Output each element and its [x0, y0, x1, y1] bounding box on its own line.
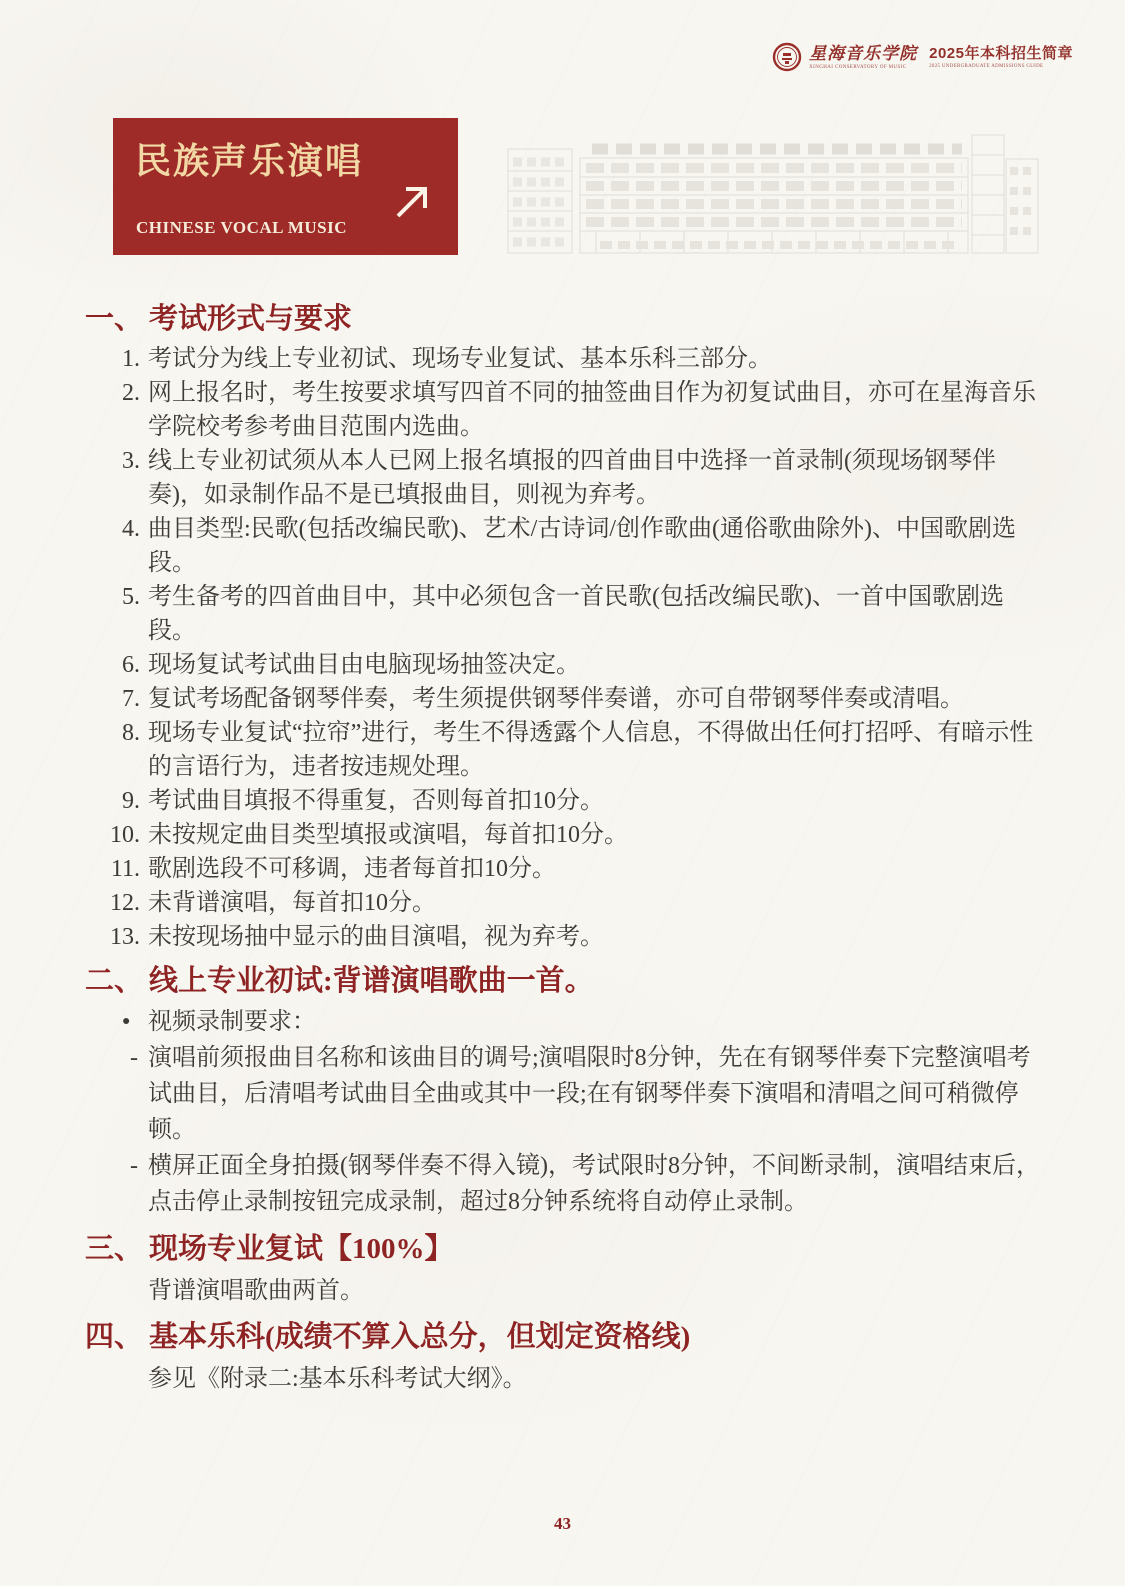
section-1-title: 考试形式与要求: [149, 298, 1043, 340]
list-item: 8.现场专业复试“拉帘”进行，考生不得透露个人信息，不得做出任何打招呼、有暗示性…: [85, 716, 1043, 784]
school-name-en: XINGHAI CONSERVATORY OF MUSIC: [809, 65, 917, 70]
building-sketch: [500, 131, 1045, 261]
list-item: 12.未背谱演唱，每首扣10分。: [85, 886, 1043, 920]
dash-marker: -: [130, 1040, 148, 1148]
item-number: 8.: [85, 716, 148, 784]
item-number: 1.: [85, 342, 148, 376]
brochure-title: 2025年本科招生简章: [929, 46, 1073, 61]
item-text: 未按现场抽中显示的曲目演唱，视为弃考。: [148, 920, 1043, 954]
section-2-title: 线上专业初试:背谱演唱歌曲一首。: [149, 960, 1043, 1002]
school-name-block: 星海音乐学院 XINGHAI CONSERVATORY OF MUSIC: [809, 45, 917, 70]
section-1-list: 1.考试分为线上专业初试、现场专业复试、基本乐科三部分。 2.网上报名时，考生按…: [85, 342, 1043, 954]
item-number: 6.: [85, 648, 148, 682]
item-number: 12.: [85, 886, 148, 920]
list-item: 13.未按现场抽中显示的曲目演唱，视为弃考。: [85, 920, 1043, 954]
dash-item: - 演唱前须报曲目名称和该曲目的调号;演唱限时8分钟，先在有钢琴伴奏下完整演唱考…: [85, 1040, 1043, 1148]
section-1-heading: 一、 考试形式与要求: [85, 298, 1043, 340]
item-text: 考试分为线上专业初试、现场专业复试、基本乐科三部分。: [148, 342, 1043, 376]
major-banner: 民族声乐演唱 CHINESE VOCAL MUSIC: [113, 118, 458, 255]
school-name: 星海音乐学院: [809, 45, 917, 62]
list-item: 10.未按规定曲目类型填报或演唱，每首扣10分。: [85, 818, 1043, 852]
list-item: 3.线上专业初试须从本人已网上报名填报的四首曲目中选择一首录制(须现场钢琴伴奏)…: [85, 444, 1043, 512]
item-text: 未按规定曲目类型填报或演唱，每首扣10分。: [148, 818, 1043, 852]
section-4-heading: 四、 基本乐科(成绩不算入总分，但划定资格线): [85, 1316, 1043, 1358]
arrow-up-right-icon: [392, 182, 432, 222]
page-number: 43: [0, 1514, 1125, 1534]
dash-text: 演唱前须报曲目名称和该曲目的调号;演唱限时8分钟，先在有钢琴伴奏下完整演唱考试曲…: [148, 1040, 1043, 1148]
section-2-heading: 二、 线上专业初试:背谱演唱歌曲一首。: [85, 960, 1043, 1002]
page-header: 星海音乐学院 XINGHAI CONSERVATORY OF MUSIC 202…: [772, 42, 1073, 72]
section-3-title: 现场专业复试【100%】: [149, 1228, 1043, 1270]
item-text: 复试考场配备钢琴伴奏，考生须提供钢琴伴奏谱，亦可自带钢琴伴奏或清唱。: [148, 682, 1043, 716]
item-number: 11.: [85, 852, 148, 886]
list-item: 1.考试分为线上专业初试、现场专业复试、基本乐科三部分。: [85, 342, 1043, 376]
brochure-subtitle: 2025 UNDERGRADUATE ADMISSIONS GUIDE: [929, 64, 1073, 69]
brochure-page: 星海音乐学院 XINGHAI CONSERVATORY OF MUSIC 202…: [0, 0, 1125, 1586]
item-text: 未背谱演唱，每首扣10分。: [148, 886, 1043, 920]
dash-text: 横屏正面全身拍摄(钢琴伴奏不得入镜)，考试限时8分钟，不间断录制，演唱结束后，点…: [148, 1148, 1043, 1220]
item-text: 考生备考的四首曲目中，其中必须包含一首民歌(包括改编民歌)、一首中国歌剧选段。: [148, 580, 1043, 648]
major-title: 民族声乐演唱: [135, 142, 438, 182]
video-requirements-bullet: ● 视频录制要求：: [122, 1004, 1043, 1040]
item-number: 5.: [85, 580, 148, 648]
bullet-text: 视频录制要求：: [148, 1004, 316, 1040]
section-3-number: 三、: [85, 1228, 149, 1270]
item-number: 9.: [85, 784, 148, 818]
list-item: 11.歌剧选段不可移调，违者每首扣10分。: [85, 852, 1043, 886]
list-item: 6.现场复试考试曲目由电脑现场抽签决定。: [85, 648, 1043, 682]
list-item: 7.复试考场配备钢琴伴奏，考生须提供钢琴伴奏谱，亦可自带钢琴伴奏或清唱。: [85, 682, 1043, 716]
list-item: 9.考试曲目填报不得重复，否则每首扣10分。: [85, 784, 1043, 818]
item-text: 曲目类型:民歌(包括改编民歌)、艺术/古诗词/创作歌曲(通俗歌曲除外)、中国歌剧…: [148, 512, 1043, 580]
section-3-body: 背谱演唱歌曲两首。: [148, 1270, 1043, 1312]
item-text: 歌剧选段不可移调，违者每首扣10分。: [148, 852, 1043, 886]
major-title-en: CHINESE VOCAL MUSIC: [136, 218, 347, 238]
list-item: 4.曲目类型:民歌(包括改编民歌)、艺术/古诗词/创作歌曲(通俗歌曲除外)、中国…: [85, 512, 1043, 580]
item-text: 现场复试考试曲目由电脑现场抽签决定。: [148, 648, 1043, 682]
xinghai-seal-icon: [772, 42, 802, 72]
item-text: 线上专业初试须从本人已网上报名填报的四首曲目中选择一首录制(须现场钢琴伴奏)，如…: [148, 444, 1043, 512]
item-number: 4.: [85, 512, 148, 580]
dash-item: - 横屏正面全身拍摄(钢琴伴奏不得入镜)，考试限时8分钟，不间断录制，演唱结束后…: [85, 1148, 1043, 1220]
item-number: 10.: [85, 818, 148, 852]
bullet-dot-icon: ●: [122, 1004, 148, 1040]
item-number: 2.: [85, 376, 148, 444]
item-number: 13.: [85, 920, 148, 954]
section-4-title: 基本乐科(成绩不算入总分，但划定资格线): [149, 1316, 1043, 1358]
list-item: 5.考生备考的四首曲目中，其中必须包含一首民歌(包括改编民歌)、一首中国歌剧选段…: [85, 580, 1043, 648]
section-4-number: 四、: [85, 1316, 149, 1358]
section-1-number: 一、: [85, 298, 149, 340]
main-content: 一、 考试形式与要求 1.考试分为线上专业初试、现场专业复试、基本乐科三部分。 …: [85, 298, 1043, 1400]
section-3-heading: 三、 现场专业复试【100%】: [85, 1228, 1043, 1270]
item-number: 7.: [85, 682, 148, 716]
section-4-body: 参见《附录二:基本乐科考试大纲》。: [148, 1358, 1043, 1400]
section-2-number: 二、: [85, 960, 149, 1002]
dash-marker: -: [130, 1148, 148, 1220]
item-number: 3.: [85, 444, 148, 512]
brochure-title-block: 2025年本科招生简章 2025 UNDERGRADUATE ADMISSION…: [929, 46, 1073, 69]
item-text: 网上报名时，考生按要求填写四首不同的抽签曲目作为初复试曲目，亦可在星海音乐学院校…: [148, 376, 1043, 444]
item-text: 现场专业复试“拉帘”进行，考生不得透露个人信息，不得做出任何打招呼、有暗示性的言…: [148, 716, 1043, 784]
item-text: 考试曲目填报不得重复，否则每首扣10分。: [148, 784, 1043, 818]
list-item: 2.网上报名时，考生按要求填写四首不同的抽签曲目作为初复试曲目，亦可在星海音乐学…: [85, 376, 1043, 444]
